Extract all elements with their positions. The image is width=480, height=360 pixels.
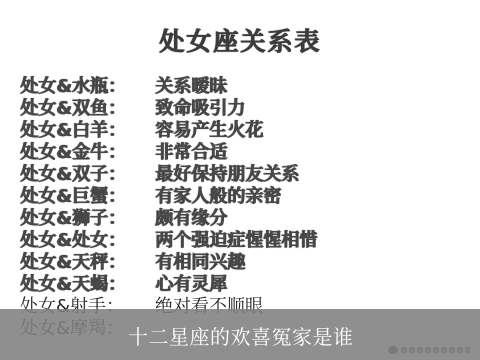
relationship-desc: 颇有缘分 (155, 208, 227, 230)
sign-pair: 处女&天秤： (20, 252, 155, 274)
sign-pair: 处女&双鱼： (20, 98, 155, 120)
relationship-desc: 关系暧昧 (155, 76, 227, 98)
list-item: 处女&水瓶：关系暧昧 (20, 76, 460, 98)
sign-pair: 处女&水瓶： (20, 76, 155, 98)
video-subtitle: 十二星座的欢喜冤家是谁 (128, 321, 354, 350)
list-item: 处女&白羊：容易产生火花 (20, 120, 460, 142)
relationship-list: 处女&水瓶：关系暧昧 处女&双鱼：致命吸引力 处女&白羊：容易产生火花 处女&金… (20, 76, 460, 340)
relationship-desc: 致命吸引力 (155, 98, 245, 120)
list-item: 处女&双鱼：致命吸引力 (20, 98, 460, 120)
sign-pair: 处女&白羊： (20, 120, 155, 142)
weibo-logo-icon (388, 346, 398, 354)
relationship-desc: 心有灵犀 (155, 274, 227, 296)
sign-pair: 处女&处女： (20, 230, 155, 252)
list-item: 处女&金牛：非常合适 (20, 142, 460, 164)
page-title: 处女座关系表 (0, 22, 480, 58)
sign-pair: 处女&巨蟹： (20, 186, 155, 208)
watermark (388, 345, 470, 355)
relationship-desc: 最好保持朋友关系 (155, 164, 299, 186)
relationship-desc: 容易产生火花 (155, 120, 263, 142)
relationship-desc: 有家人般的亲密 (155, 186, 281, 208)
watermark-text-mark (401, 347, 470, 353)
sign-pair: 处女&天蝎： (20, 274, 155, 296)
sign-pair: 处女&双子： (20, 164, 155, 186)
relationship-desc: 非常合适 (155, 142, 227, 164)
list-item: 处女&天蝎：心有灵犀 (20, 274, 460, 296)
list-item: 处女&狮子：颇有缘分 (20, 208, 460, 230)
list-item: 处女&天秤：有相同兴趣 (20, 252, 460, 274)
relationship-desc: 有相同兴趣 (155, 252, 245, 274)
sign-pair: 处女&金牛： (20, 142, 155, 164)
list-item: 处女&巨蟹：有家人般的亲密 (20, 186, 460, 208)
list-item: 处女&处女：两个强迫症惺惺相惜 (20, 230, 460, 252)
relationship-desc: 两个强迫症惺惺相惜 (155, 230, 317, 252)
list-item: 处女&双子：最好保持朋友关系 (20, 164, 460, 186)
sign-pair: 处女&狮子： (20, 208, 155, 230)
